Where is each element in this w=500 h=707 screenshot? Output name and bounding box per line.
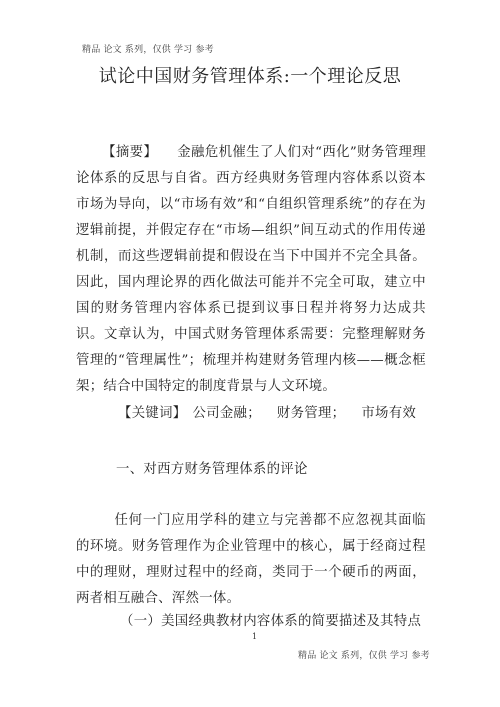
header-watermark-note: 精品 论文 系列，仅供 学习 参考 [82, 42, 214, 55]
page-number: 1 [252, 632, 257, 641]
keyword-item: 市场有效 [361, 406, 416, 421]
body-paragraph: 任何一门应用学科的建立与完善都不应忽视其面临的环境。财务管理作为企业管理中的核心… [76, 508, 426, 612]
paragraph-text: 任何一门应用学科的建立与完善都不应忽视其面临的环境。财务管理作为企业管理中的核心… [76, 513, 426, 606]
subsection-heading: （一）美国经典教材内容体系的简要描述及其特点 [120, 610, 421, 629]
footer-watermark-note: 精品 论文 系列，仅供 学习 参考 [298, 648, 430, 661]
document-title: 试论中国财务管理体系:一个理论反思 [0, 62, 500, 88]
keywords-label: 【关键词】 [118, 406, 186, 421]
abstract-paragraph: 【摘要】金融危机催生了人们对“西化”财务管理理论体系的反思与自省。西方经典财务管… [76, 140, 426, 400]
keywords-line: 【关键词】公司金融；财务管理；市场有效 [118, 402, 416, 421]
keyword-item: 公司金融； [192, 406, 260, 421]
keyword-item: 财务管理； [277, 406, 345, 421]
abstract-label: 【摘要】 [102, 145, 157, 160]
section-heading: 一、对西方财务管理体系的评论 [116, 458, 308, 477]
abstract-text: 金融危机催生了人们对“西化”财务管理理论体系的反思与自省。西方经典财务管理内容体… [76, 145, 426, 394]
